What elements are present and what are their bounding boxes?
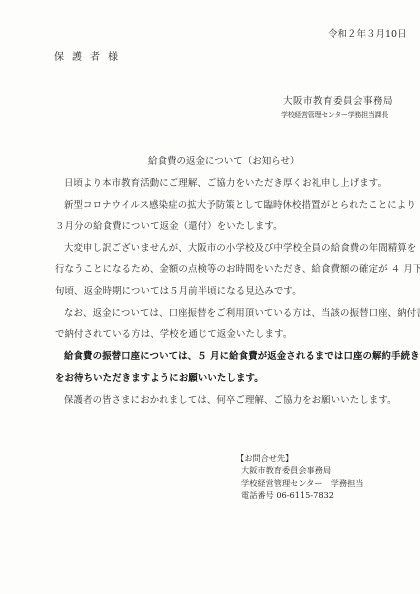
body-line: 大変申し訳ございませんが、大阪市の小学校及び中学校全員の給食費の年間精算を (64, 240, 416, 254)
body-line: 旬頃、返金時期については５月前半頃になる見込みです。 (55, 283, 302, 297)
body-line: ３月分の給食費について返金（還付）をいたします。 (55, 218, 283, 232)
addressee: 保護者様 (54, 48, 126, 63)
body-line: で納付されている方は、学校を通じて返金いたします。 (55, 326, 292, 340)
contact-phone: 電話番号 06-6115-7832 (236, 489, 364, 501)
sender-organization: 大阪市教育委員会事務局 (283, 93, 393, 107)
document-title: 給食費の返金について（お知らせ） (148, 153, 300, 167)
notice-line-bold: をお待ちいただきますようにお願いいたします。 (55, 370, 264, 384)
body-line: 日頃より本市教育活動にご理解、ご協力をいただき厚くお礼申し上げます。 (64, 175, 387, 189)
notice-line-bold: 給食費の振替口座については、５ 月に給食費が返金されるまでは口座の解約手続き (64, 348, 420, 362)
contact-organization: 大阪市教育委員会事務局 (236, 464, 364, 476)
body-line: 新型コロナウイルス感染症の拡大予防策として臨時休校措置がとられたことにより (64, 197, 416, 211)
contact-heading: 【お問合せ先】 (236, 452, 364, 464)
body-line: 行なうことになるため、金額の点検等のお時間をいただき、給食費額の確定が ４ 月下 (55, 261, 420, 275)
sender-title: 学校経営管理センター学務担当課長 (281, 110, 388, 120)
document-date: 令和２年３月10日 (328, 26, 407, 40)
contact-block: 【お問合せ先】 大阪市教育委員会事務局 学校経営管理センター 学務担当 電話番号… (236, 452, 364, 501)
body-line: なお、返金については、口座振替をご利用頂いている方は、当該の振替口座、納付書 (64, 305, 420, 319)
contact-department: 学校経営管理センター 学務担当 (236, 477, 364, 489)
body-line: 保護者の皆さまにおかれましては、何卒ご理解、ご協力をお願いいたします。 (64, 392, 397, 406)
